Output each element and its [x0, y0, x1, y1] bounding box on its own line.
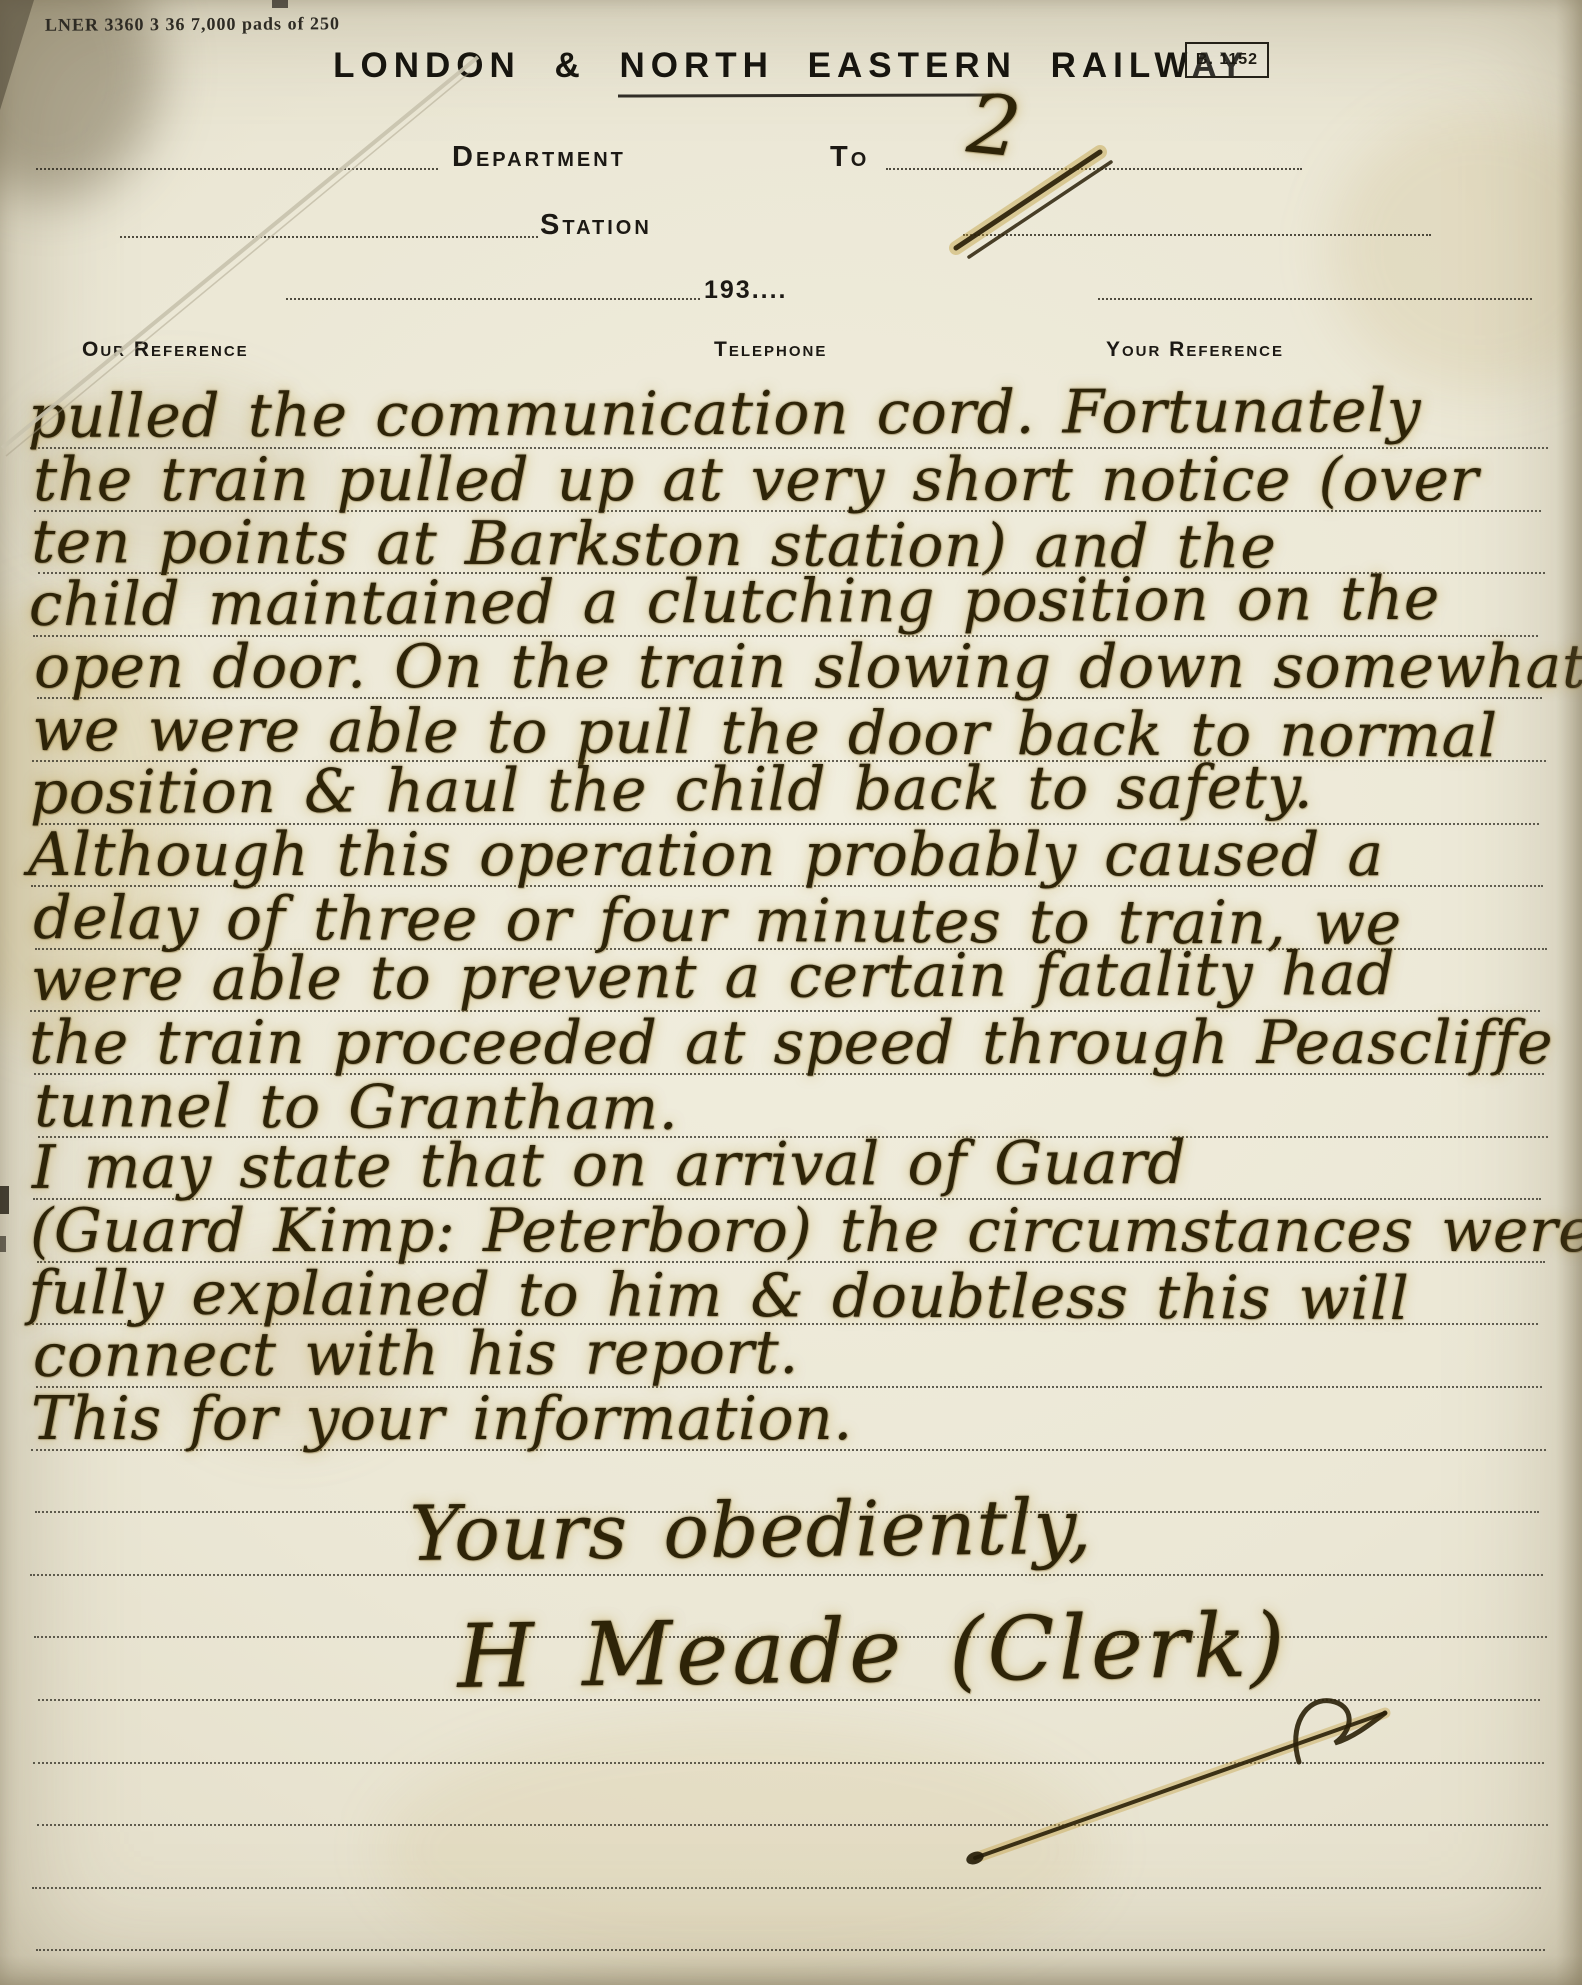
- department-label: Department: [452, 141, 626, 174]
- handwriting-line: This for your information.: [31, 1383, 853, 1455]
- signature-flourish: [1296, 1701, 1385, 1762]
- telephone-label: Telephone: [714, 338, 827, 362]
- date-field-line-right: [1098, 298, 1532, 300]
- form-print-code: LNER 3360 3 36 7,000 pads of 250: [45, 13, 340, 36]
- year-prefix: 193....: [704, 276, 788, 305]
- to-field-line: [886, 168, 1302, 170]
- to-field-value: 2: [964, 82, 1025, 173]
- form-number-box: B. 1152: [1185, 42, 1269, 78]
- handwriting-line: the train pulled up at very short notice…: [33, 444, 1479, 516]
- letter-page: LNER 3360 3 36 7,000 pads of 250 LONDON …: [0, 0, 1582, 1985]
- signature: H Meade (Clerk): [457, 1595, 1290, 1707]
- closing-line: Yours obediently,: [409, 1481, 1093, 1580]
- signature-flourish: [975, 1713, 1385, 1858]
- your-reference-label: Your Reference: [1106, 338, 1284, 362]
- station-label: Station: [540, 209, 652, 242]
- our-reference-label: Our Reference: [82, 338, 249, 362]
- date-field-line: [286, 298, 700, 300]
- handwriting-line: I may state that on arrival of Guard: [32, 1127, 1187, 1204]
- ruled-line: [37, 1824, 1548, 1826]
- station-field-line: [120, 236, 538, 238]
- edge-shading: [1556, 0, 1582, 1985]
- station-field-line-right: [963, 234, 1431, 236]
- ruled-line: [32, 1887, 1541, 1889]
- paper-stain: [380, 1720, 1100, 1980]
- edge-mark: [0, 1186, 9, 1214]
- handwriting-line: were able to prevent a certain fatality …: [31, 938, 1396, 1016]
- paper-stain: [1330, 110, 1582, 390]
- ruled-line: [33, 1762, 1544, 1764]
- department-field-line: [36, 168, 438, 170]
- handwriting-line: child maintained a clutching position on…: [29, 563, 1440, 641]
- handwriting-line: connect with his report.: [33, 1317, 799, 1392]
- handwriting-line: position & haul the child back to safety…: [30, 751, 1314, 829]
- handwriting-line: (Guard Kimp: Peterboro) the circumstance…: [30, 1195, 1582, 1267]
- ink-blot: [964, 1849, 985, 1866]
- signature-flourish: [975, 1713, 1385, 1858]
- pen-slash: [969, 162, 1111, 257]
- to-label: To: [830, 141, 869, 174]
- handwriting-line: open door. On the train slowing down som…: [34, 631, 1582, 703]
- railway-title: LONDON & NORTH EASTERN RAILWAY: [0, 46, 1582, 86]
- handwriting-line: pulled the communication cord. Fortunate…: [28, 375, 1422, 453]
- edge-mark: [0, 1236, 6, 1252]
- form-number: B. 1152: [1196, 51, 1258, 69]
- edge-mark: [272, 0, 288, 8]
- handwriting-line: the train proceeded at speed through Pea…: [29, 1007, 1553, 1079]
- ruled-line: [36, 1949, 1545, 1951]
- title-underline: [618, 94, 994, 98]
- edge-shading: [0, 1955, 1582, 1985]
- handwriting-line: Although this operation probably caused …: [28, 819, 1384, 891]
